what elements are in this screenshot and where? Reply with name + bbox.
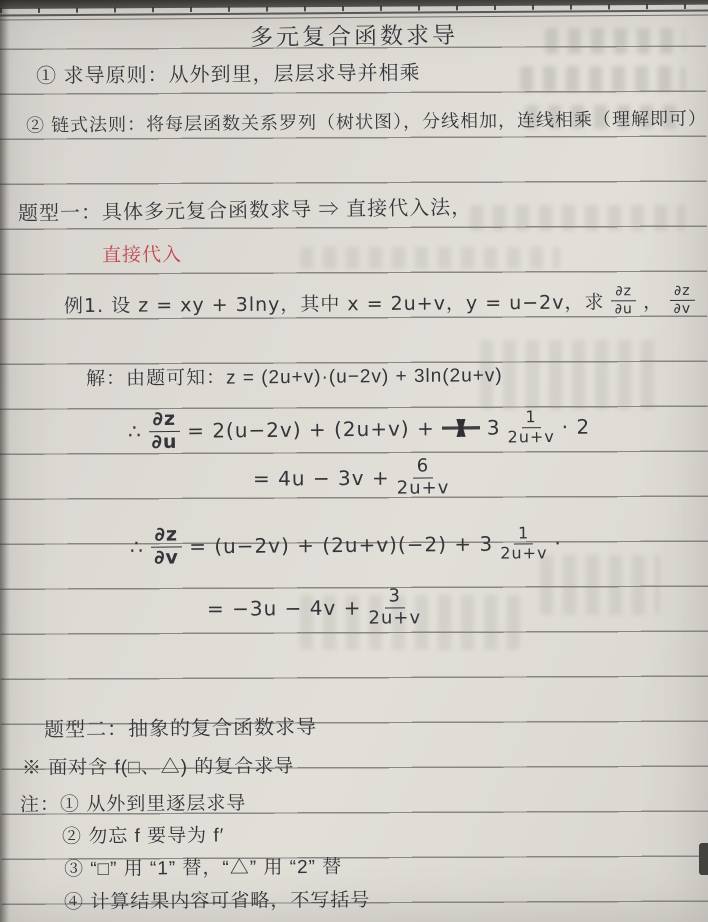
du-equation-body: = 2(u−2v) + (2u+v) + (187, 417, 435, 444)
dv-tail-dot: · (554, 532, 562, 556)
therefore-symbol: ∴ (130, 535, 144, 559)
solution-given-line: 解：由题可知：z = (2u+v)·(u−2v) + 3ln(2u+v) (86, 360, 503, 391)
rule-derivation-principle: ① 求导原则：从外到里，层层求导并相乘 (36, 56, 421, 88)
du-tail-factor: · 2 (562, 415, 591, 439)
du-result-fraction: 6 2u+v (397, 457, 450, 498)
dv-reciprocal-fraction: 1 2u+v (500, 525, 548, 562)
right-edge-ink-mark (699, 843, 708, 875)
dv-result-body: = −3u − 4v + (207, 596, 362, 621)
dz-du-lhs-fraction: ∂z ∂u (149, 410, 181, 453)
dz-dv-lhs-fraction: ∂z ∂v (151, 525, 183, 568)
type1-red-annotation: 直接代入 (102, 240, 182, 268)
bleed-through-smudge (470, 205, 685, 231)
du-reciprocal-fraction: 1 2u+v (507, 409, 555, 446)
type2-note-4: ④ 计算结果内容可省略，不写括号 (64, 885, 370, 914)
solution-dv-result-line: = −3u − 4v + 3 2u+v (207, 587, 421, 629)
page-left-shadow (0, 0, 10, 922)
solution-du-result-line: = 4u − 3v + 6 2u+v (253, 457, 450, 499)
type2-note-2: ② 勿忘 f 要导为 f′ (62, 820, 224, 848)
dv-result-fraction: 3 2u+v (368, 587, 421, 628)
dv-equation-body: = (u−2v) + (2u+v)(−2) + 3 (189, 532, 493, 559)
solution-du-line: ∴ ∂z ∂u = 2(u−2v) + (2u+v) + 3 1 2u+v · … (128, 406, 591, 454)
type2-note-1: 注：① 从外到里逐层求导 (20, 788, 246, 817)
dz-dv-fraction: ∂z ∂v (670, 284, 695, 317)
therefore-symbol: ∴ (128, 420, 142, 444)
notebook-page-photo: 多元复合函数求导 ① 求导原则：从外到里，层层求导并相乘 ② 链式法则：将每层函… (0, 0, 708, 922)
du-result-body: = 4u − 3v + (253, 466, 390, 491)
example1-statement: 例1. 设 z = xy + 3lny，其中 x = 2u+v，y = u−2v… (64, 284, 695, 321)
dz-du-fraction: ∂z ∂u (611, 284, 636, 317)
example1-intro: 例1. 设 z = xy + 3lny，其中 x = 2u+v，y = u−2v… (64, 287, 605, 318)
bleed-through-smudge (520, 66, 685, 92)
solution-dv-line: ∴ ∂z ∂v = (u−2v) + (2u+v)(−2) + 3 1 2u+v… (130, 522, 562, 569)
type2-note-3: ③ “□” 用 “1” 替，“△” 用 “2” 替 (64, 852, 342, 881)
type2-heading: 题型二：抽象的复合函数求导 (44, 711, 317, 743)
crossed-out-scribble (442, 419, 480, 437)
bleed-through-smudge (300, 247, 560, 269)
fraction-separator: ， (643, 287, 663, 314)
type2-star-note: ※ 面对含 f(□、△) 的复合求导 (22, 751, 294, 780)
bleed-through-smudge (480, 340, 660, 410)
du-coefficient: 3 (487, 416, 501, 440)
